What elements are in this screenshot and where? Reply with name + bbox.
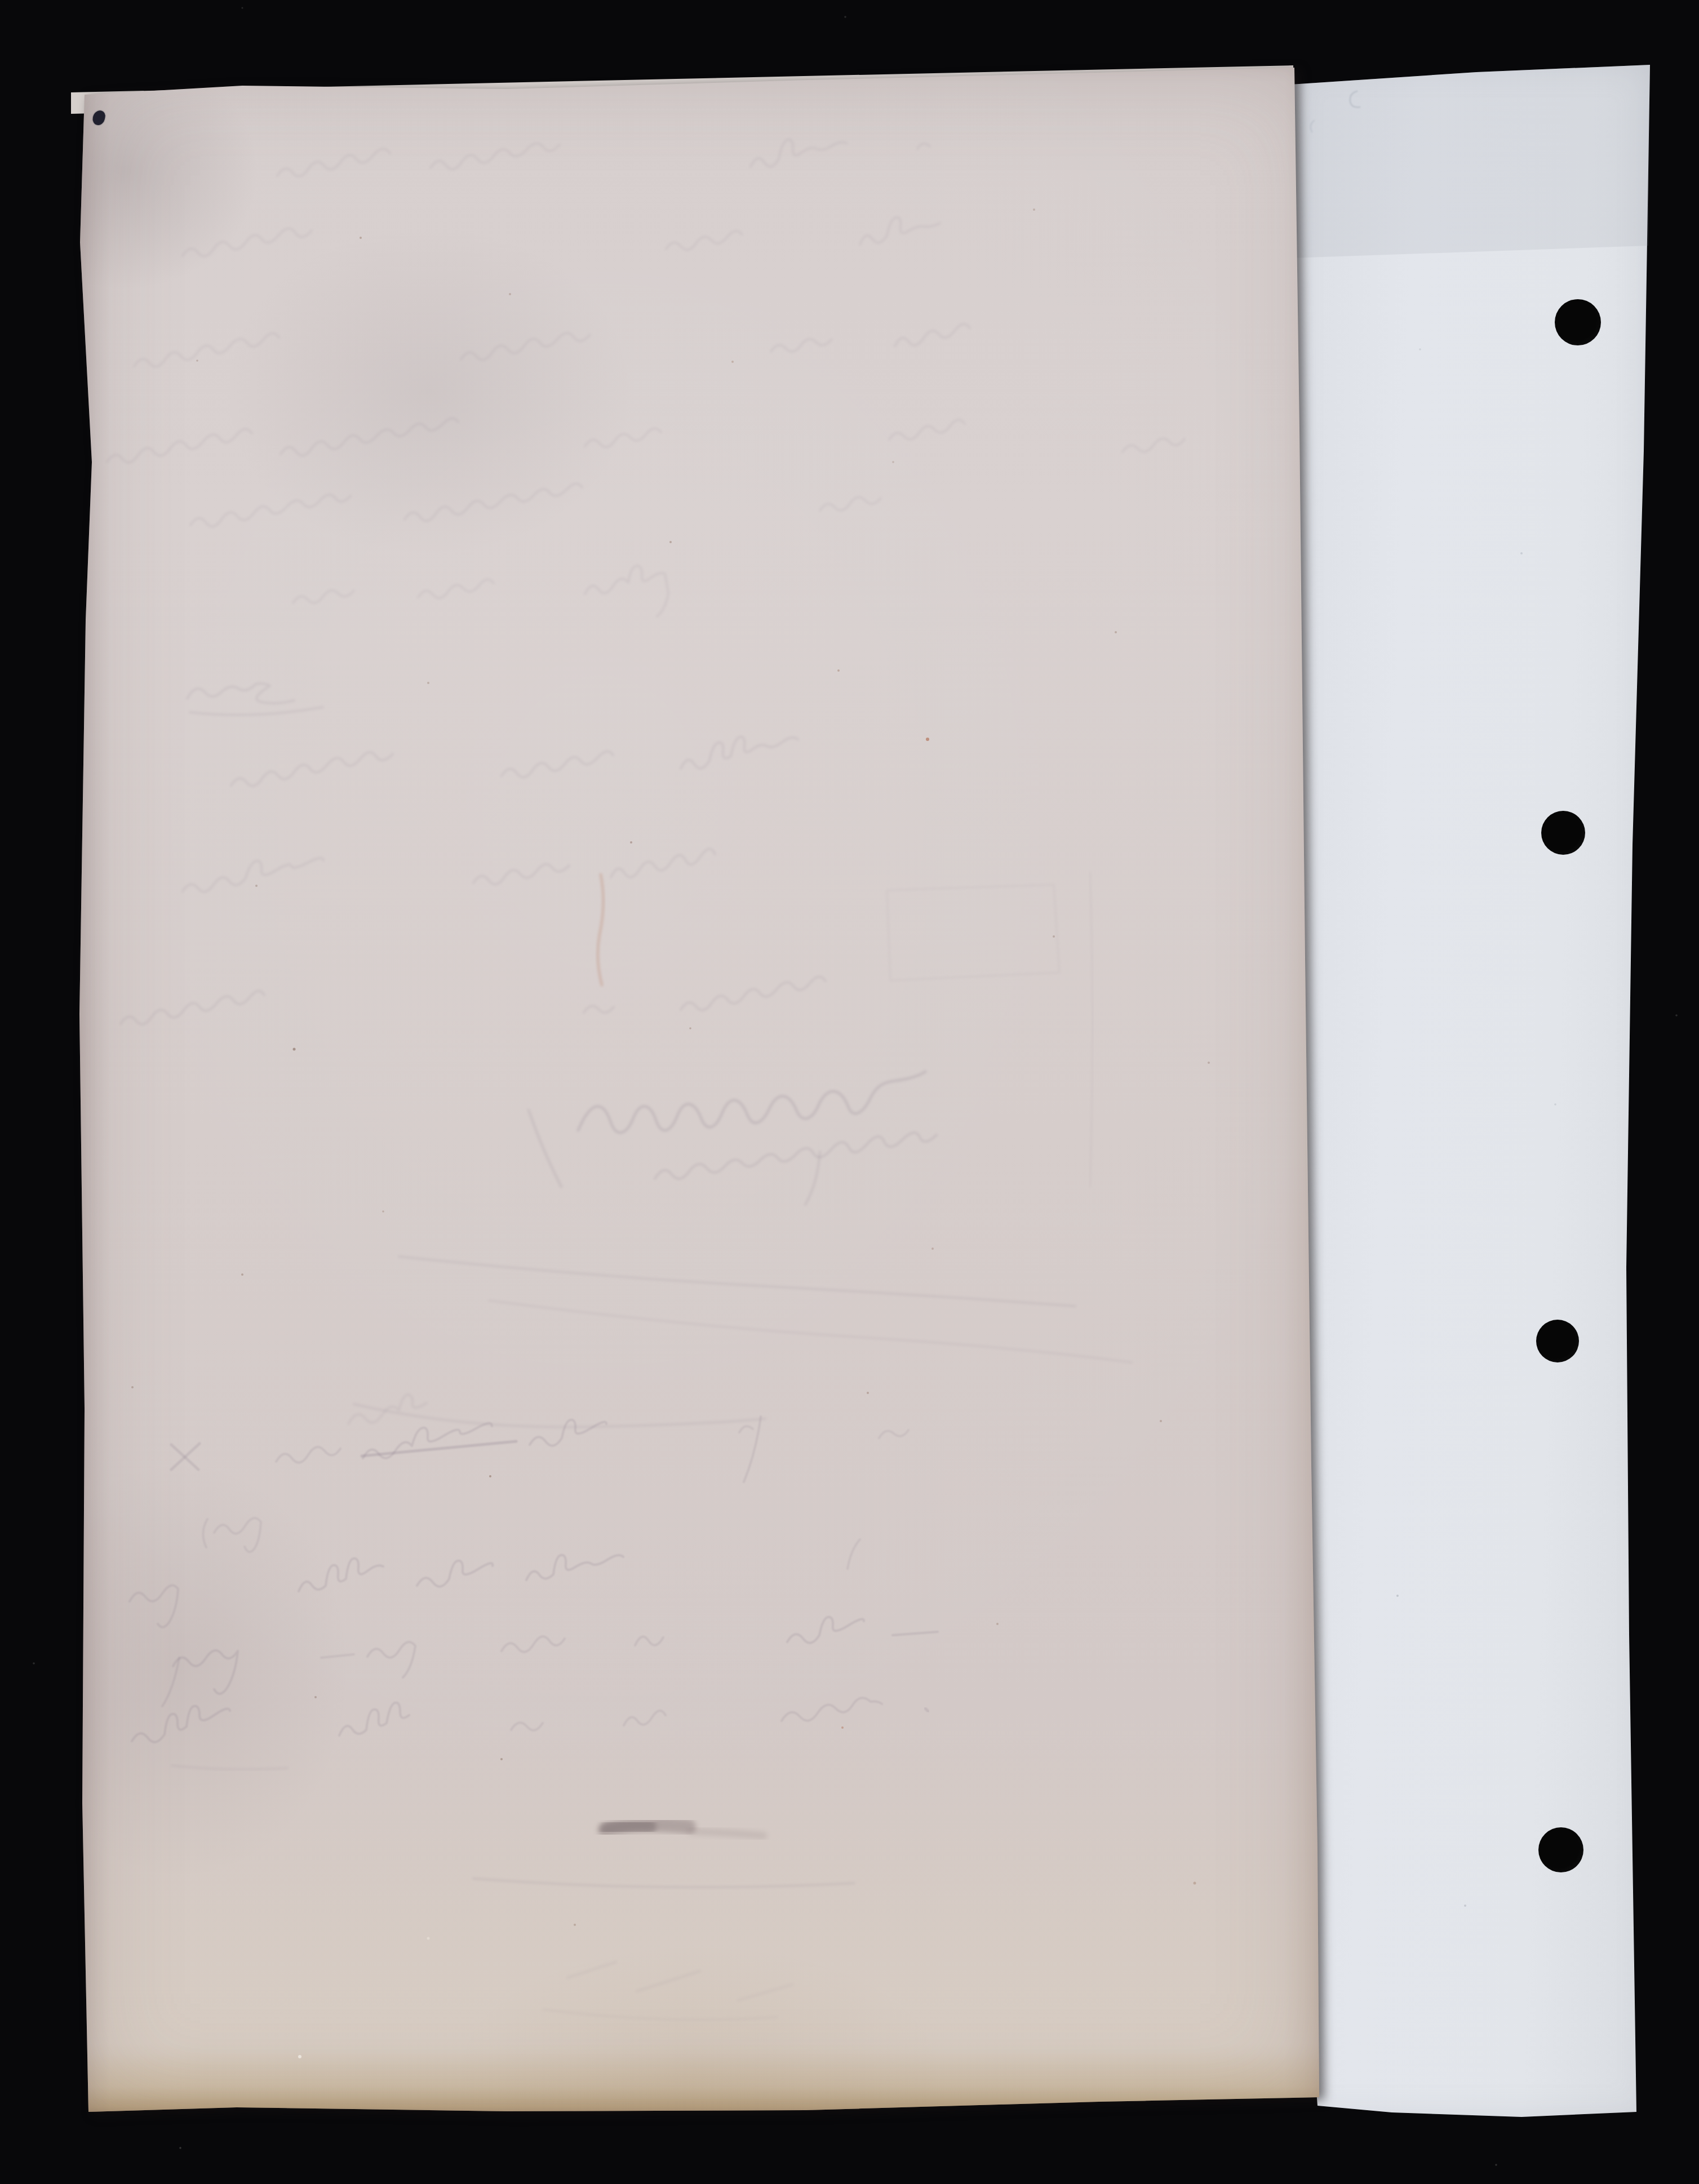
manuscript-leaf (0, 0, 1699, 2184)
leaf-surface (79, 64, 1321, 2115)
archival-scan (0, 0, 1699, 2184)
